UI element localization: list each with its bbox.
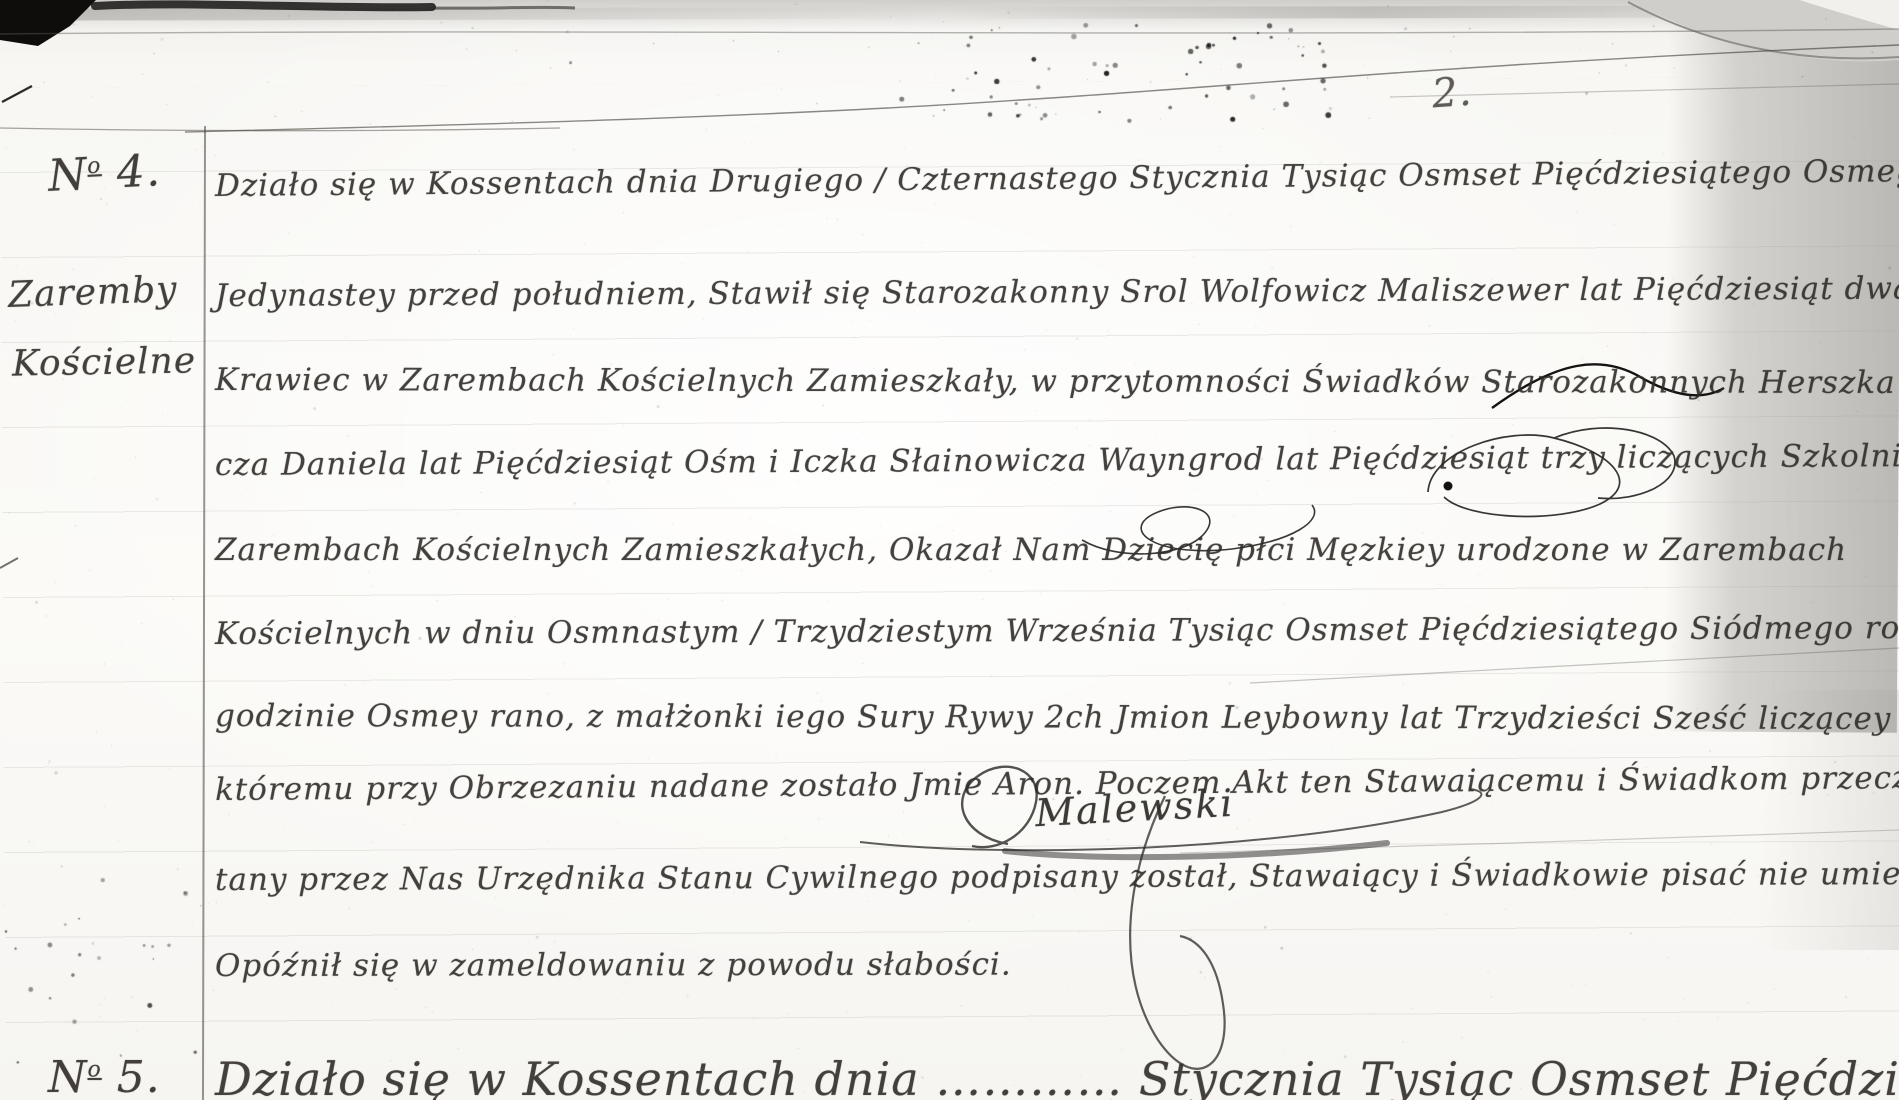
record-text-line: Kościelnych w dniu Osmnastym / Trzydzies…: [215, 610, 1865, 652]
edge-mark-top: [2, 86, 32, 102]
margin-rule-line: [202, 126, 206, 1100]
record-text-line: Zarembach Kościelnych Zamieszkałych, Oka…: [215, 532, 1865, 568]
signature-descender-loop: [1130, 796, 1224, 1069]
record-number-margin: No 4.: [47, 145, 162, 202]
registrar-signature: Malewski: [1034, 781, 1235, 835]
next-record-number-margin: No 5.: [48, 1052, 161, 1100]
record-number-value: 4.: [115, 145, 162, 198]
margin-place-name-line2: Kościelne: [12, 340, 197, 384]
page-number: 2.: [1430, 69, 1473, 118]
next-record-number-sup: o: [88, 1057, 102, 1082]
record-text-line: godzinie Osmey rano, z małżonki iego Sur…: [215, 698, 1865, 737]
margin-place-name-line1: Zaremby: [7, 269, 178, 316]
record-text-line: Krawiec w Zarembach Kościelnych Zamieszk…: [215, 362, 1865, 401]
record-text-line: Opóźnił się w zameldowaniu z powodu słab…: [215, 945, 1865, 984]
scanned-register-page: 2. No 4. Zaremby Kościelne Działo się w …: [0, 0, 1899, 1100]
next-record-number-prefix: N: [48, 1052, 88, 1100]
signature-underline-heavy: [1005, 843, 1387, 857]
pencil-guide-left: [0, 128, 560, 131]
next-record-partial-line: Działo się w Kossentach dnia ………… Styczn…: [215, 1052, 1865, 1100]
record-text-line: Działo się w Kossentach dnia Drugiego / …: [215, 154, 1865, 204]
ink-blot: [1444, 482, 1453, 491]
record-number-sup: o: [86, 154, 102, 180]
record-text-line: cza Daniela lat Pięćdziesiąt Ośm i Iczka…: [215, 438, 1865, 483]
record-number-prefix: N: [47, 149, 89, 202]
record-text-line: tany przez Nas Urzędnika Stanu Cywilnego…: [215, 856, 1865, 898]
next-record-number-value: 5.: [117, 1052, 161, 1100]
record-text-line: Jedynastey przed południem, Stawił się S…: [215, 271, 1865, 314]
stray-ink-line: [185, 45, 1899, 132]
edge-mark-mid: [0, 558, 18, 568]
